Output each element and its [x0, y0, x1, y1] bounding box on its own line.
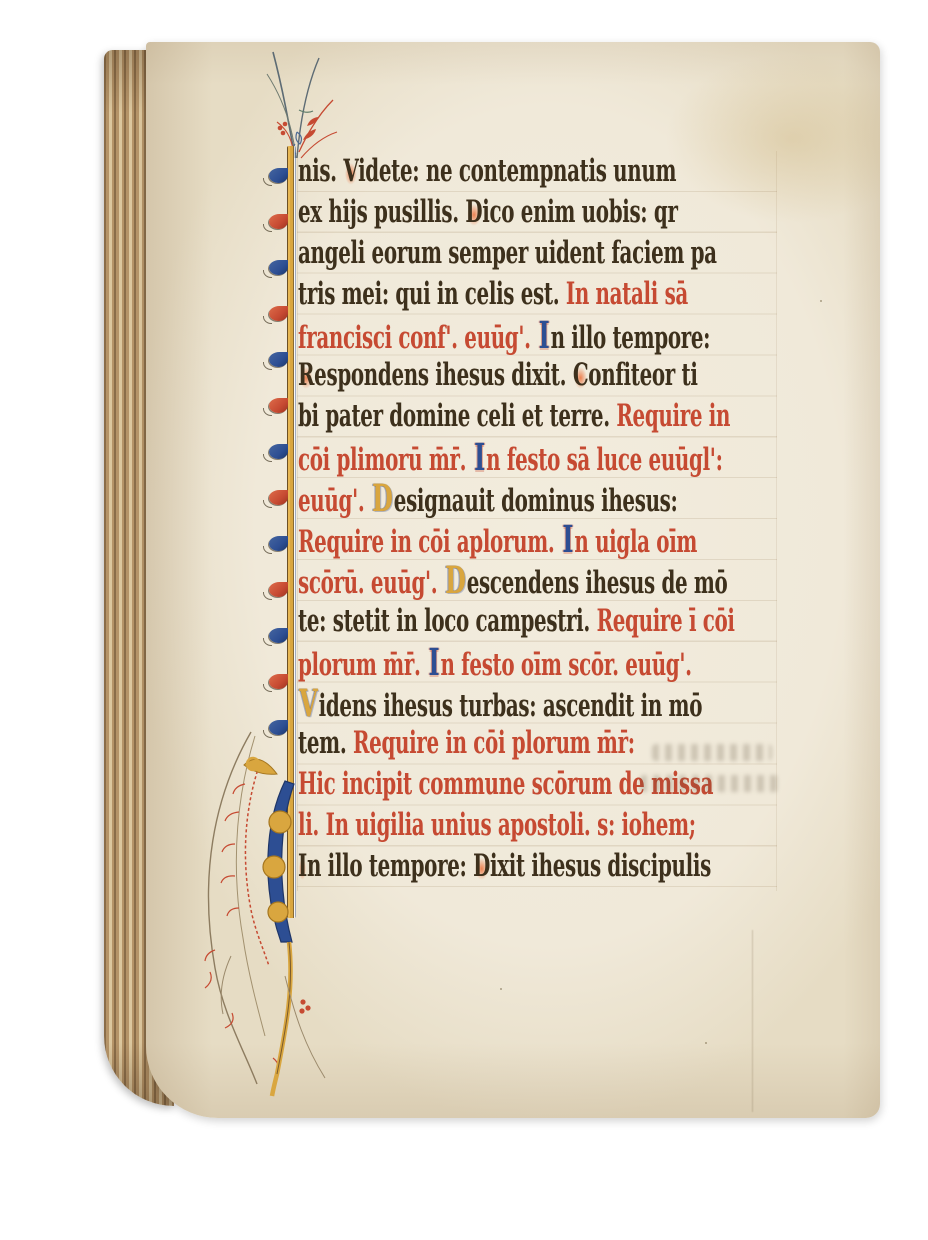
illuminated-initial: I [537, 313, 550, 357]
text-segment: Require ī cōi [597, 603, 735, 639]
manuscript-photo: nis. Videte: ne contempnatis unumex hijs… [0, 0, 928, 1240]
border-hooks [287, 168, 288, 768]
text-segment: D [473, 848, 490, 884]
manuscript-line-text: Require in cōi aplorum. In uigla oīm [298, 519, 697, 563]
text-segment: I [298, 848, 307, 884]
manuscript-text-line: nis. Videte: ne contempnatis unum [298, 151, 776, 192]
text-segment: nis. [298, 153, 343, 189]
text-segment: espondens ihesus dixit. [314, 357, 573, 393]
text-segment: n illo tempore: [551, 320, 711, 356]
illuminated-initial: V [298, 681, 319, 725]
text-segment: n festo sā luce euūgl': [486, 442, 722, 478]
text-segment: ex hijs pusillis. [298, 194, 465, 230]
text-segment: ico enim uobis: qr [482, 194, 677, 230]
manuscript-text-line: In illo tempore: Dixit ihesus discipulis [298, 846, 776, 887]
text-segment: francisci conf'. euūg'. [298, 320, 537, 356]
red-foliate-hook [269, 214, 288, 229]
text-segment: ixit ihesus discipulis [490, 848, 711, 884]
text-segment: D [465, 194, 482, 230]
manuscript-line-text: scōrū. euūg'. Descendens ihesus de mō [298, 560, 727, 604]
verso-show-through [640, 775, 778, 792]
illuminated-initial: I [561, 517, 574, 561]
illuminated-initial: D [444, 558, 467, 602]
blue-foliate-hook [269, 260, 288, 275]
text-segment: li. In uigilia unius apostoli. s: iohem; [298, 807, 696, 843]
manuscript-text-line: cōi plimorū m̄r̄. In festo sā luce euūgl… [298, 437, 776, 478]
text-segment: bi pater domine celi et terre. [298, 398, 616, 434]
text-segment: plorum m̄r̄. [298, 647, 427, 683]
text-segment: Require in cōi plorum m̄r̄: [353, 725, 635, 761]
parchment-crease [752, 930, 753, 1112]
text-segment: In natali sā [566, 276, 688, 312]
blue-foliate-hook [269, 168, 288, 183]
text-segment: n illo tempore: [307, 848, 473, 884]
parchment-speck [705, 1042, 707, 1044]
manuscript-text-line: te: stetit in loco campestri. Require ī … [298, 601, 776, 642]
manuscript-line-text: bi pater domine celi et terre. Require i… [298, 396, 730, 437]
manuscript-text-line: francisci conf'. euūg'. In illo tempore: [298, 315, 776, 356]
blue-foliate-hook [269, 444, 288, 459]
parchment-speck [820, 300, 822, 302]
text-segment: n uigla oīm [574, 524, 697, 560]
manuscript-line-text: cōi plimorū m̄r̄. In festo sā luce euūgl… [298, 437, 723, 481]
text-segment: tem. [298, 725, 353, 761]
text-segment: tris mei: qui in celis est. [298, 276, 566, 312]
text-segment: Require in [616, 398, 730, 434]
manuscript-line-text: tem. Require in cōi plorum m̄r̄: [298, 723, 635, 764]
blue-foliate-hook [269, 536, 288, 551]
manuscript-line-text: te: stetit in loco campestri. Require ī … [298, 601, 735, 642]
text-segment: angeli eorum semper uident faciem pa [298, 235, 717, 271]
manuscript-line-text: li. In uigilia unius apostoli. s: iohem; [298, 805, 696, 846]
manuscript-text-line: tris mei: qui in celis est. In natali sā [298, 274, 776, 315]
manuscript-line-text: plorum m̄r̄. In festo oīm scōr. euūg'. [298, 642, 692, 686]
text-segment: C [573, 357, 588, 393]
red-foliate-hook [269, 582, 288, 597]
manuscript-text-line: li. In uigilia unius apostoli. s: iohem; [298, 805, 776, 846]
blue-foliate-hook [269, 352, 288, 367]
text-segment: escendens ihesus de mō [467, 565, 728, 601]
manuscript-text-line: angeli eorum semper uident faciem pa [298, 233, 776, 274]
red-foliate-hook [269, 306, 288, 321]
illuminated-initial: I [473, 435, 486, 479]
manuscript-line-text: euūg'. Designauit dominus ihesus: [298, 478, 678, 522]
manuscript-line-text: angeli eorum semper uident faciem pa [298, 233, 717, 274]
manuscript-line-text: nis. Videte: ne contempnatis unum [298, 151, 676, 192]
manuscript-text-line: euūg'. Designauit dominus ihesus: [298, 478, 776, 519]
text-segment: cōi plimorū m̄r̄. [298, 442, 473, 478]
text-segment: te: stetit in loco campestri. [298, 603, 597, 639]
red-foliate-hook [269, 398, 288, 413]
manuscript-text-line: plorum m̄r̄. In festo oīm scōr. euūg'. [298, 642, 776, 683]
red-foliate-hook [269, 674, 288, 689]
manuscript-line-text: In illo tempore: Dixit ihesus discipulis [298, 846, 711, 887]
manuscript-line-text: Videns ihesus turbas: ascendit in mō [298, 683, 702, 727]
manuscript-line-text: Respondens ihesus dixit. Confiteor ti [298, 355, 698, 396]
blue-foliate-hook [269, 628, 288, 643]
illuminated-initial: D [371, 476, 394, 520]
text-segment: Require in cōi aplorum. [298, 524, 561, 560]
left-border-bar [287, 146, 296, 918]
text-segment: esignauit dominus ihesus: [394, 483, 678, 519]
manuscript-text-line: Respondens ihesus dixit. Confiteor ti [298, 355, 776, 396]
manuscript-text-line: ex hijs pusillis. Dico enim uobis: qr [298, 192, 776, 233]
text-segment: idens ihesus turbas: ascendit in mō [319, 688, 702, 724]
manuscript-text-line: Videns ihesus turbas: ascendit in mō [298, 683, 776, 724]
red-foliate-hook [269, 490, 288, 505]
verso-show-through [652, 744, 772, 761]
text-segment: n festo oīm scōr. euūg'. [440, 647, 691, 683]
text-segment: R [298, 357, 314, 393]
text-segment: V [343, 153, 358, 189]
manuscript-line-text: tris mei: qui in celis est. In natali sā [298, 274, 688, 315]
manuscript-text-line: Require in cōi aplorum. In uigla oīm [298, 519, 776, 560]
manuscript-line-text: ex hijs pusillis. Dico enim uobis: qr [298, 192, 678, 233]
blue-foliate-hook [269, 720, 288, 735]
text-segment: onfiteor ti [588, 357, 697, 393]
text-segment: scōrū. euūg'. [298, 565, 444, 601]
manuscript-line-text: francisci conf'. euūg'. In illo tempore: [298, 315, 710, 359]
manuscript-text-line: scōrū. euūg'. Descendens ihesus de mō [298, 560, 776, 601]
parchment-speck [500, 988, 502, 990]
text-segment: euūg'. [298, 483, 371, 519]
illuminated-initial: I [427, 640, 440, 684]
text-segment: idete: ne contempnatis unum [358, 153, 676, 189]
manuscript-text-line: bi pater domine celi et terre. Require i… [298, 396, 776, 437]
